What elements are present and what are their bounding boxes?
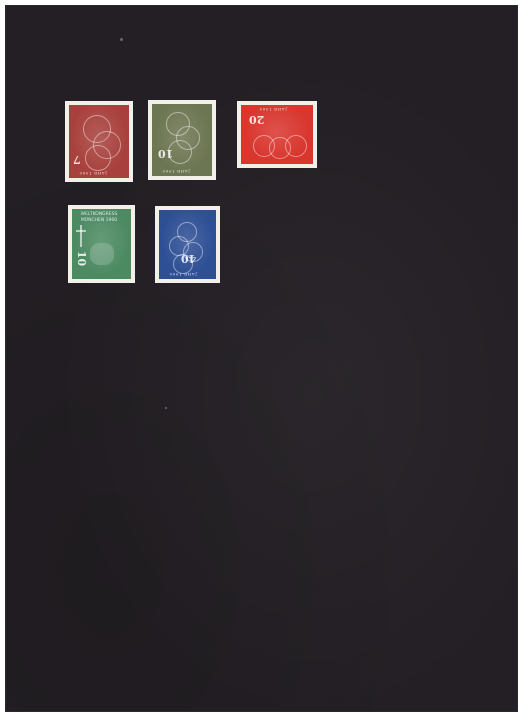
figure-motif [90, 243, 114, 265]
stamp-year-text: JAHR 1960 [79, 171, 107, 176]
stamp-denomination: 20 [249, 113, 264, 126]
olympic-ring-icon [285, 135, 307, 157]
stamp-denomination: 10 [75, 251, 88, 266]
dust-speck [120, 38, 123, 41]
cross-icon [80, 225, 82, 247]
stamp-denomination: 10 [158, 147, 173, 160]
stamp-face: WELTKONGRESS MÜNCHEN 1960 10 [72, 209, 131, 279]
stamp-olympic-40: 40 JAHR 1960 [155, 206, 220, 283]
stamp-face: 7 JAHR 1960 [69, 105, 129, 178]
stamp-olympic-10: 10 JAHR 1960 [148, 100, 216, 180]
stamp-olympic-7: 7 JAHR 1960 [65, 101, 133, 182]
stamp-denomination: 7 [73, 153, 81, 166]
stamp-face: 10 JAHR 1960 [152, 104, 212, 176]
stamp-year-text: JAHR 1960 [169, 272, 197, 277]
dust-speck [165, 407, 167, 409]
stamp-weltkongress-10: WELTKONGRESS MÜNCHEN 1960 10 [68, 205, 135, 283]
olympic-ring-icon [85, 145, 111, 171]
stamp-olympic-20: 20 JAHR 1960 [237, 101, 317, 168]
stamp-year-text: JAHR 1960 [162, 169, 190, 174]
stamp-header-text: WELTKONGRESS MÜNCHEN 1960 [77, 212, 121, 224]
stamp-face: 40 JAHR 1960 [159, 210, 216, 279]
stamp-face: 20 JAHR 1960 [241, 105, 313, 164]
cross-bar [76, 230, 86, 232]
stamp-denomination: 40 [181, 252, 196, 265]
stamp-year-text: JAHR 1960 [259, 107, 287, 112]
